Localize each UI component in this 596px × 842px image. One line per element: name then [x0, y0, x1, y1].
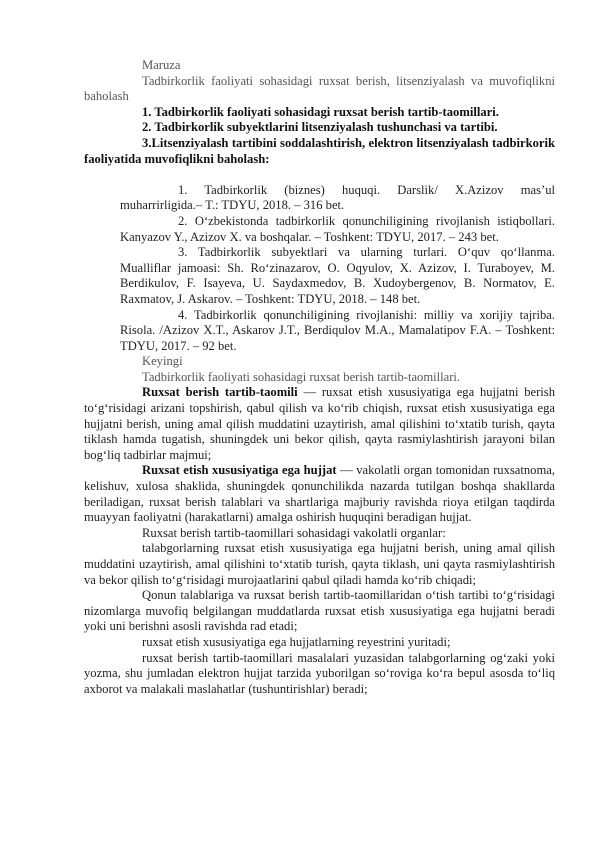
lecture-label: Maruza	[84, 58, 555, 74]
organs-item: Qonun talablariga va ruxsat berish tarti…	[84, 588, 555, 635]
definition-term: Ruxsat etish xususiyatiga ega hujjat	[142, 463, 337, 477]
bibliography-item: 4. Tadbirkorlik qonunchiligining rivojla…	[120, 308, 555, 355]
definition: Ruxsat etish xususiyatiga ega hujjat — v…	[84, 463, 555, 525]
document-page: Maruza Tadbirkorlik faoliyati sohasidagi…	[84, 58, 555, 697]
organs-item: talabgorlarning ruxsat etish xususiyatig…	[84, 541, 555, 588]
bibliography-item: 2. O‘zbekistonda tadbirkorlik qonunchili…	[120, 214, 555, 245]
organs-item: ruxsat berish tartib-taomillari masalala…	[84, 651, 555, 698]
spacer	[84, 167, 555, 183]
organs-heading: Ruxsat berish tartib-taomillari sohasida…	[84, 526, 555, 542]
lecture-title: Tadbirkorlik faoliyati sohasidagi ruxsat…	[84, 74, 555, 105]
definition-term: Ruxsat berish tartib-taomili	[142, 385, 298, 399]
plan-item: 2. Tadbirkorlik subyektlarini litsenziya…	[84, 120, 555, 136]
plan-item: 1. Tadbirkorlik faoliyati sohasidagi rux…	[84, 105, 555, 121]
bibliography: 1. Tadbirkorlik (biznes) huquqi. Darslik…	[120, 183, 555, 355]
organs-item: ruxsat etish xususiyatiga ega hujjatlarn…	[84, 635, 555, 651]
next-title: Tadbirkorlik faoliyati sohasidagi ruxsat…	[84, 370, 555, 386]
bibliography-item: 1. Tadbirkorlik (biznes) huquqi. Darslik…	[120, 183, 555, 214]
bibliography-item: 3. Tadbirkorlik subyektlari va ularning …	[120, 245, 555, 307]
definition: Ruxsat berish tartib-taomili — ruxsat et…	[84, 385, 555, 463]
plan-item: 3.Litsenziyalash tartibini soddalashtiri…	[84, 136, 555, 167]
next-label: Keyingi	[84, 354, 555, 370]
